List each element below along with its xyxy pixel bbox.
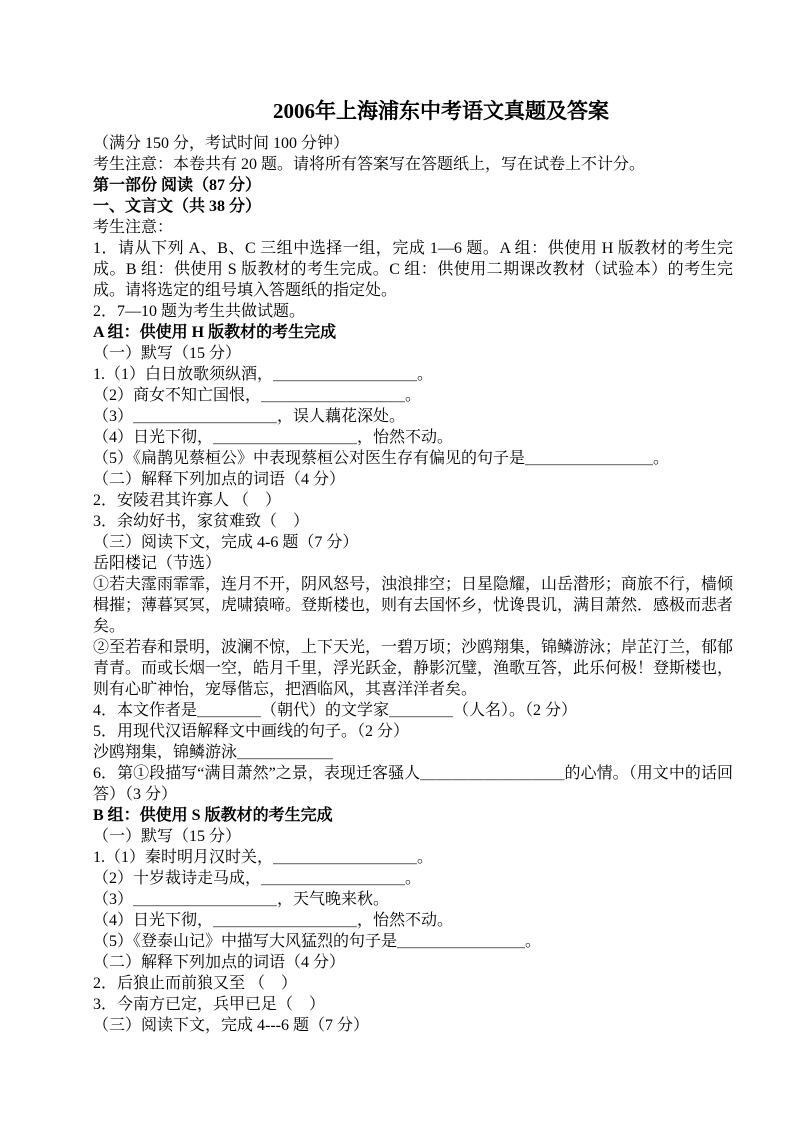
group-a-question-5-sentence: 沙鸥翔集，锦鳞游泳＿＿＿＿＿＿: [93, 742, 733, 763]
section-classical-chinese-heading: 一、文言文（共 38 分）: [93, 196, 733, 217]
group-b-explain-item-2: 2．后狼止而前狼又至 （ ）: [93, 973, 733, 994]
group-a-blank-5: （5）《扁鹊见蔡桓公》中表现蔡桓公对医生存有偏见的句子是＿＿＿＿＿＿＿＿。: [93, 448, 733, 469]
group-a-blank-1: 1.（1）白日放歌须纵酒，＿＿＿＿＿＿＿＿＿。: [93, 364, 733, 385]
passage-paragraph-2: ②至若春和景明，波澜不惊，上下天光，一碧万顷；沙鸥翔集，锦鳞游泳；岸芷汀兰，郁郁…: [93, 637, 733, 700]
candidate-notice-line: 考生注意：本卷共有 20 题。请将所有答案写在答题纸上，写在试卷上不计分。: [93, 154, 733, 175]
group-a-blank-3: （3）＿＿＿＿＿＿＿＿＿，误人藕花深处。: [93, 406, 733, 427]
group-a-explain-heading: （二）解释下列加点的词语（4 分）: [93, 469, 733, 490]
group-a-heading: A 组：供使用 H 版教材的考生完成: [93, 322, 733, 343]
group-b-blank-2: （2）十岁裁诗走马成，＿＿＿＿＿＿＿＿＿。: [93, 868, 733, 889]
group-a-blank-2: （2）商女不知亡国恨，＿＿＿＿＿＿＿＿＿。: [93, 385, 733, 406]
group-a-question-4: 4．本文作者是＿＿＿＿（朝代）的文学家＿＿＿＿（人名）。（2 分）: [93, 700, 733, 721]
group-a-reading-heading: （三）阅读下文，完成 4-6 题（7 分）: [93, 532, 733, 553]
passage-paragraph-1: ①若夫霪雨霏霏，连月不开，阴风怒号，浊浪排空；日星隐耀，山岳潜形；商旅不行，樯倾…: [93, 574, 733, 637]
group-b-heading: B 组：供使用 S 版教材的考生完成: [93, 805, 733, 826]
group-a-explain-item-2: 2．安陵君其许寡人 （ ）: [93, 490, 733, 511]
passage-title: 岳阳楼记（节选）: [93, 553, 733, 574]
group-b-blank-4: （4）日光下彻，＿＿＿＿＿＿＿＿＿，怡然不动。: [93, 910, 733, 931]
group-b-explain-item-3: 3．今南方已定，兵甲已足（ ）: [93, 994, 733, 1015]
group-b-blank-1: 1.（1）秦时明月汉时关，＿＿＿＿＿＿＿＿＿。: [93, 847, 733, 868]
group-b-dictation-heading: （一）默写（15 分）: [93, 826, 733, 847]
document-title: 2006年上海浦东中考语文真题及答案: [93, 97, 733, 125]
group-b-blank-5: （5）《登泰山记》中描写大风猛烈的句子是＿＿＿＿＿＿＿＿。: [93, 931, 733, 952]
group-a-question-6: 6．第①段描写“满目萧然”之景，表现迁客骚人＿＿＿＿＿＿＿＿＿的心情。（用文中的…: [93, 763, 733, 805]
instruction-item-1: 1．请从下列 A、B、C 三组中选择一组，完成 1—6 题。A 组：供使用 H …: [93, 238, 733, 301]
notice-label: 考生注意：: [93, 217, 733, 238]
instruction-item-2: 2．7—10 题为考生共做试题。: [93, 301, 733, 322]
group-b-explain-heading: （二）解释下列加点的词语（4 分）: [93, 952, 733, 973]
group-a-dictation-heading: （一）默写（15 分）: [93, 343, 733, 364]
group-b-reading-heading: （三）阅读下文，完成 4---6 题（7 分）: [93, 1015, 733, 1036]
group-a-question-5: 5．用现代汉语解释文中画线的句子。（2 分）: [93, 721, 733, 742]
document-content: 2006年上海浦东中考语文真题及答案 （满分 150 分，考试时间 100 分钟…: [93, 97, 733, 1036]
part-one-heading: 第一部份 阅读（87 分）: [93, 175, 733, 196]
group-b-blank-3: （3）＿＿＿＿＿＿＿＿＿，天气晚来秋。: [93, 889, 733, 910]
document-page: 2006年上海浦东中考语文真题及答案 （满分 150 分，考试时间 100 分钟…: [0, 0, 794, 1123]
group-a-explain-item-3: 3．余幼好书，家贫难致（ ）: [93, 511, 733, 532]
group-a-blank-4: （4）日光下彻，＿＿＿＿＿＿＿＿＿，怡然不动。: [93, 427, 733, 448]
exam-score-time-line: （满分 150 分，考试时间 100 分钟）: [93, 133, 733, 154]
